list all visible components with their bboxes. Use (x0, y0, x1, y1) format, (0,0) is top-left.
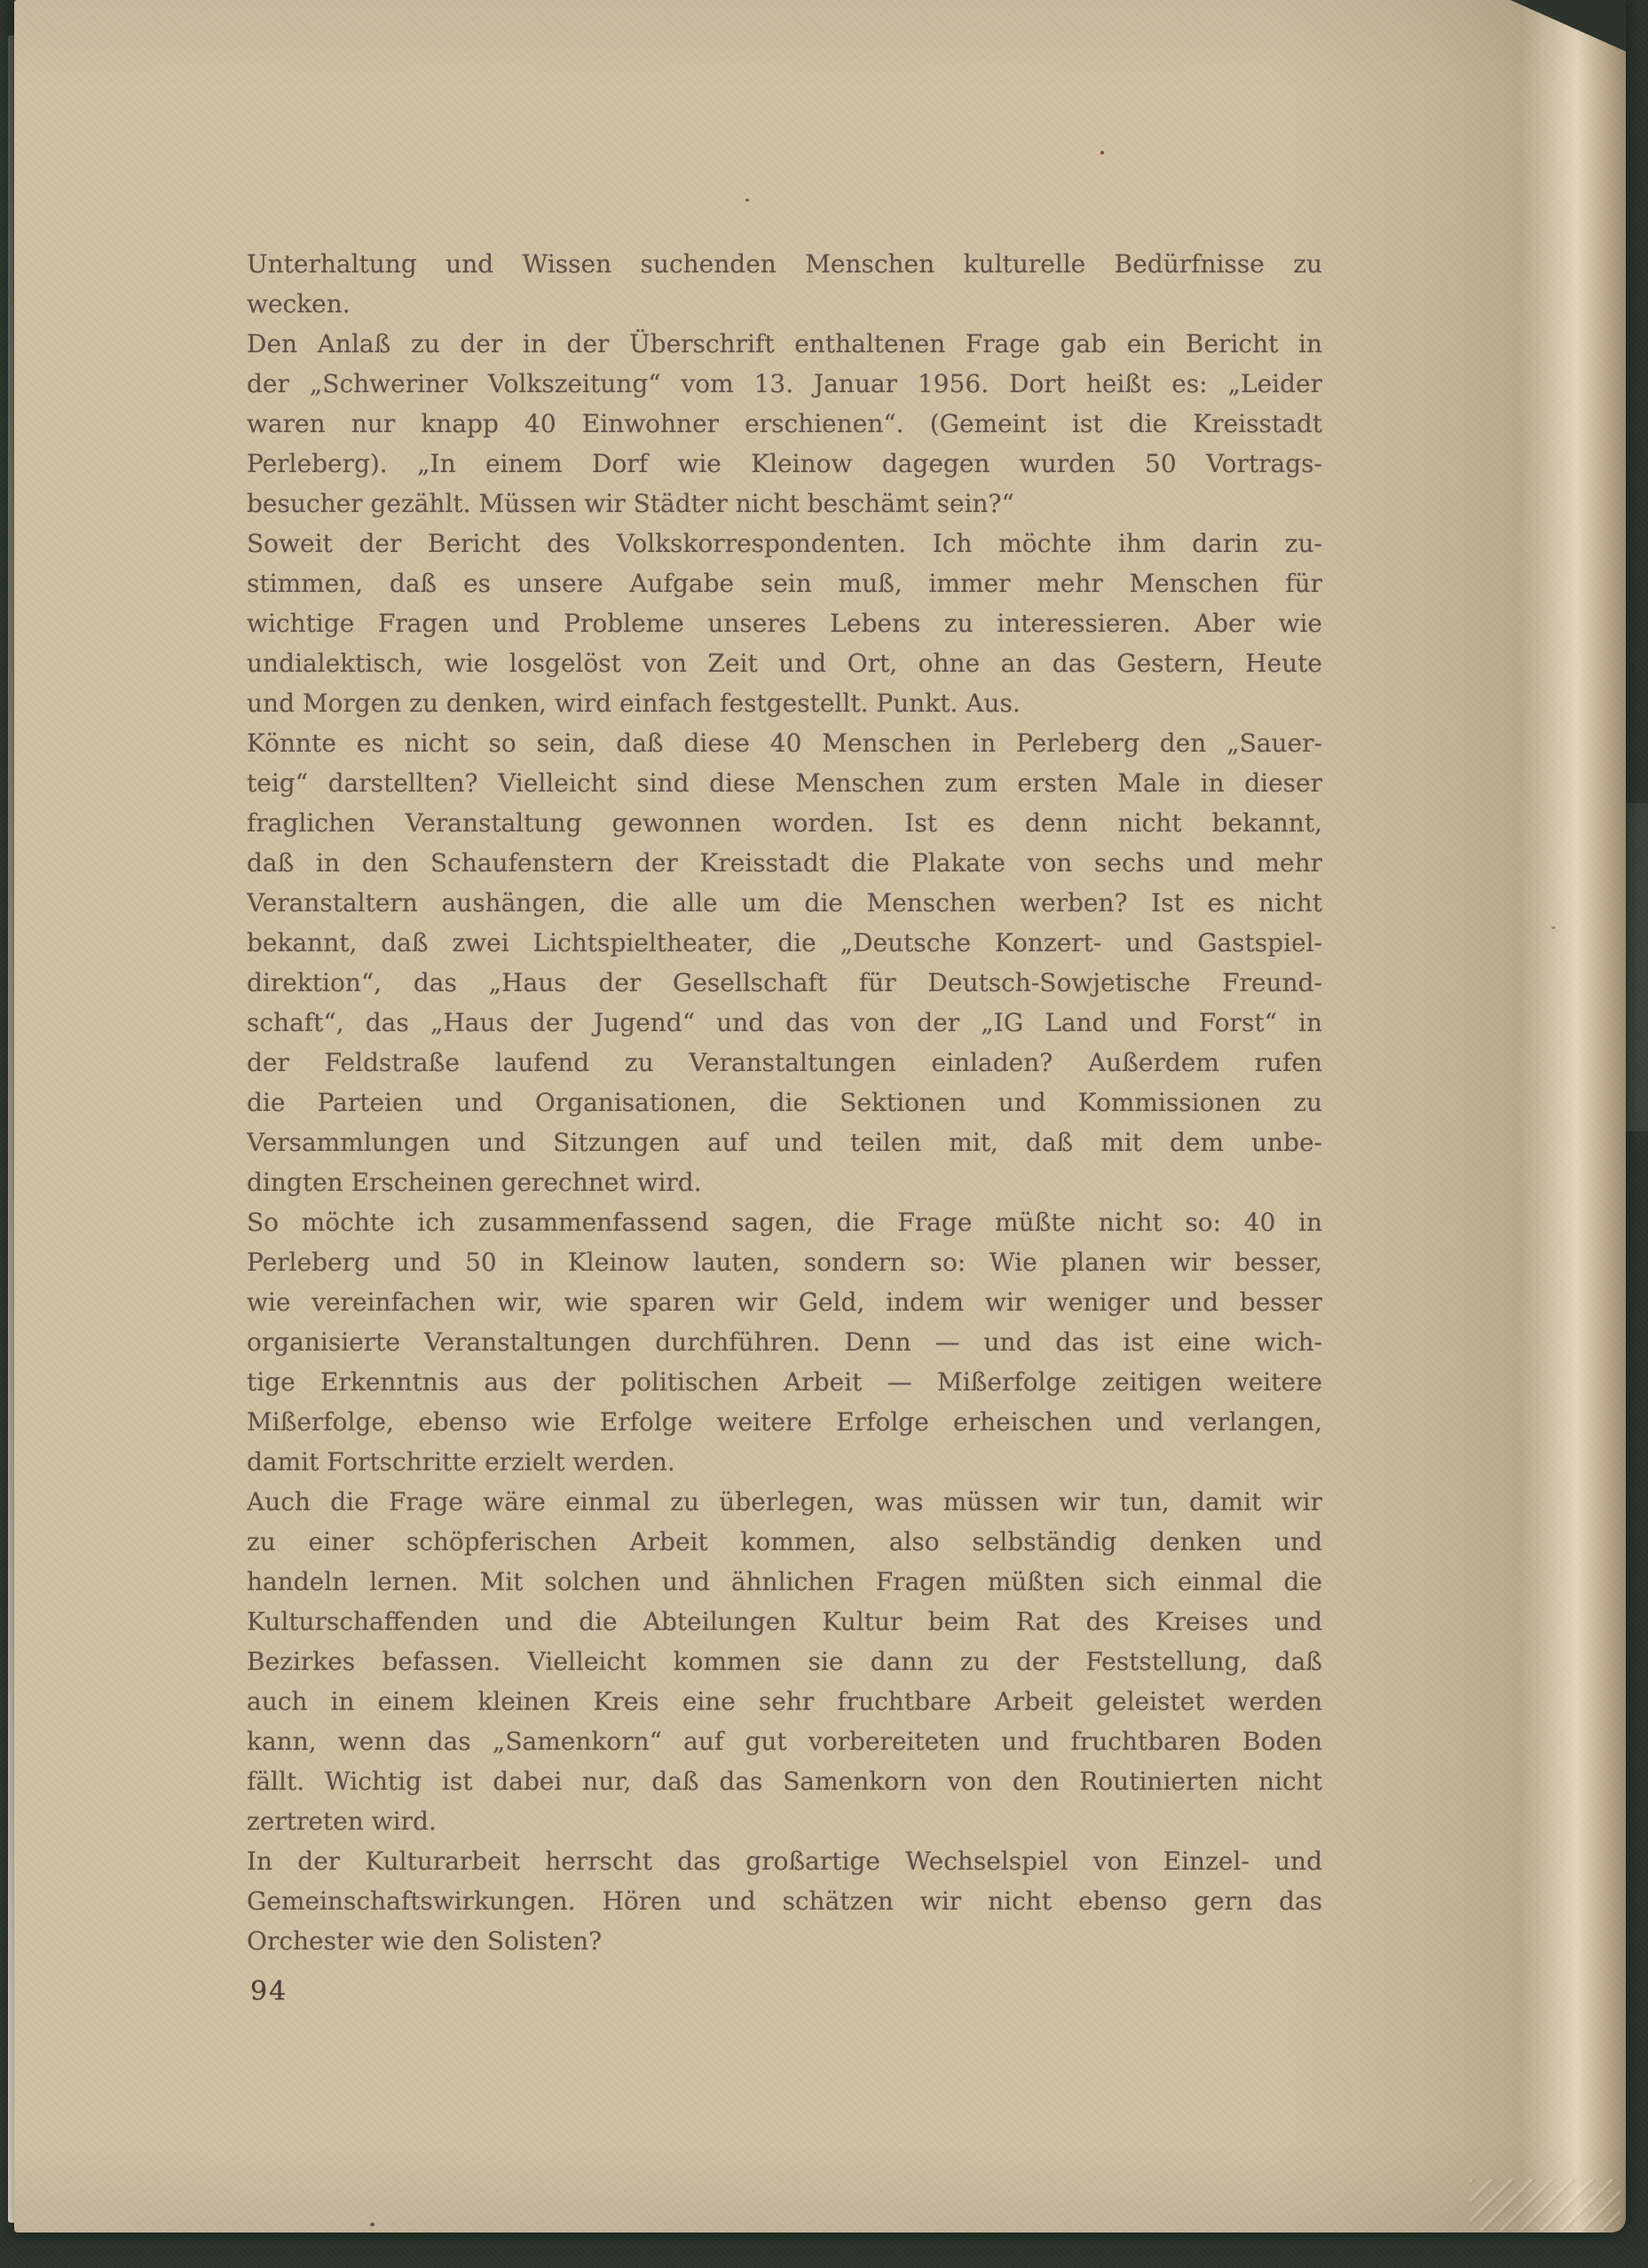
text-line: Mißerfolge, ebenso wie Erfolge weitere E… (247, 1402, 1322, 1442)
text-line: fraglichen Veranstaltung gewonnen worden… (247, 803, 1322, 843)
text-line: wichtige Fragen und Probleme unseres Leb… (247, 603, 1322, 643)
text-line: Perleberg und 50 in Kleinow lauten, sond… (247, 1242, 1322, 1282)
text-line: die Parteien und Organisationen, die Sek… (247, 1083, 1322, 1122)
text-line: der „Schweriner Volkszeitung“ vom 13. Ja… (247, 364, 1322, 404)
page-corner-notch (1510, 0, 1626, 51)
book-block-edge (1625, 803, 1648, 1131)
text-line: wecken. (247, 284, 1322, 324)
text-line: tige Erkenntnis aus der politischen Arbe… (247, 1362, 1322, 1402)
text-line: kann, wenn das „Samenkorn“ auf gut vorbe… (247, 1721, 1322, 1761)
paragraph: Soweit der Bericht des Volkskorresponden… (247, 524, 1322, 723)
text-line: fällt. Wichtig ist dabei nur, daß das Sa… (247, 1761, 1322, 1801)
text-line: waren nur knapp 40 Einwohner erschienen“… (247, 404, 1322, 444)
text-line: Kulturschaffenden und die Abteilungen Ku… (247, 1602, 1322, 1642)
text-line: besucher gezählt. Müssen wir Städter nic… (247, 484, 1322, 524)
text-line: zertreten wird. (247, 1801, 1322, 1841)
text-line: organisierte Veranstaltungen durchführen… (247, 1322, 1322, 1362)
scanned-book-photo: { "colors": { "backdrop": "#2b352d", "pa… (0, 0, 1648, 2268)
text-line: Veranstaltern aushängen, die alle um die… (247, 883, 1322, 923)
paper-speck (1551, 926, 1556, 929)
text-line: direktion“, das „Haus der Gesellschaft f… (247, 963, 1322, 1003)
paper-speck (1100, 151, 1104, 154)
text-line: Orchester wie den Solisten? (247, 1921, 1322, 1961)
text-line: und Morgen zu denken, wird einfach festg… (247, 683, 1322, 723)
text-line: undialektisch, wie losgelöst von Zeit un… (247, 643, 1322, 683)
paragraph: Könnte es nicht so sein, daß diese 40 Me… (247, 723, 1322, 1202)
text-line: wie vereinfachen wir, wie sparen wir Gel… (247, 1282, 1322, 1322)
text-line: damit Fortschritte erzielt werden. (247, 1442, 1322, 1482)
text-line: Könnte es nicht so sein, daß diese 40 Me… (247, 723, 1322, 763)
text-line: stimmen, daß es unsere Aufgabe sein muß,… (247, 563, 1322, 603)
text-line: bekannt, daß zwei Lichtspieltheater, die… (247, 923, 1322, 963)
text-line: Versammlungen und Sitzungen auf und teil… (247, 1122, 1322, 1162)
text-line: In der Kulturarbeit herrscht das großart… (247, 1841, 1322, 1881)
text-block: Unterhaltung und Wissen suchenden Mensch… (247, 244, 1322, 1961)
text-line: handeln lernen. Mit solchen und ähnliche… (247, 1562, 1322, 1602)
paragraph: So möchte ich zusammenfassend sagen, die… (247, 1202, 1322, 1482)
text-line: Soweit der Bericht des Volkskorresponden… (247, 524, 1322, 563)
text-line: der Feldstraße laufend zu Veranstaltunge… (247, 1043, 1322, 1083)
book-page: Unterhaltung und Wissen suchenden Mensch… (14, 0, 1626, 2233)
text-line: auch in einem kleinen Kreis eine sehr fr… (247, 1681, 1322, 1721)
text-line: schaft“, das „Haus der Jugend“ und das v… (247, 1003, 1322, 1043)
text-line: dingten Erscheinen gerechnet wird. (247, 1162, 1322, 1202)
text-line: Perleberg). „In einem Dorf wie Kleinow d… (247, 444, 1322, 484)
paper-speck (745, 199, 749, 201)
paragraph: Auch die Frage wäre einmal zu überlegen,… (247, 1482, 1322, 1841)
text-line: Bezirkes befassen. Vielleicht kommen sie… (247, 1642, 1322, 1681)
text-line: Auch die Frage wäre einmal zu überlegen,… (247, 1482, 1322, 1522)
paragraph: Unterhaltung und Wissen suchenden Mensch… (247, 244, 1322, 324)
page-number: 94 (250, 1972, 288, 2012)
text-line: teig“ darstellten? Vielleicht sind diese… (247, 763, 1322, 803)
bottom-page-stack (1470, 2179, 1620, 2231)
paper-speck (370, 2223, 375, 2226)
text-line: So möchte ich zusammenfassend sagen, die… (247, 1202, 1322, 1242)
paragraph: Den Anlaß zu der in der Überschrift enth… (247, 324, 1322, 524)
text-line: zu einer schöpferischen Arbeit kommen, a… (247, 1522, 1322, 1562)
text-line: Gemeinschaftswirkungen. Hören und schätz… (247, 1881, 1322, 1921)
paragraph: In der Kulturarbeit herrscht das großart… (247, 1841, 1322, 1961)
text-line: daß in den Schaufenstern der Kreisstadt … (247, 843, 1322, 883)
text-line: Unterhaltung und Wissen suchenden Mensch… (247, 244, 1322, 284)
text-line: Den Anlaß zu der in der Überschrift enth… (247, 324, 1322, 364)
